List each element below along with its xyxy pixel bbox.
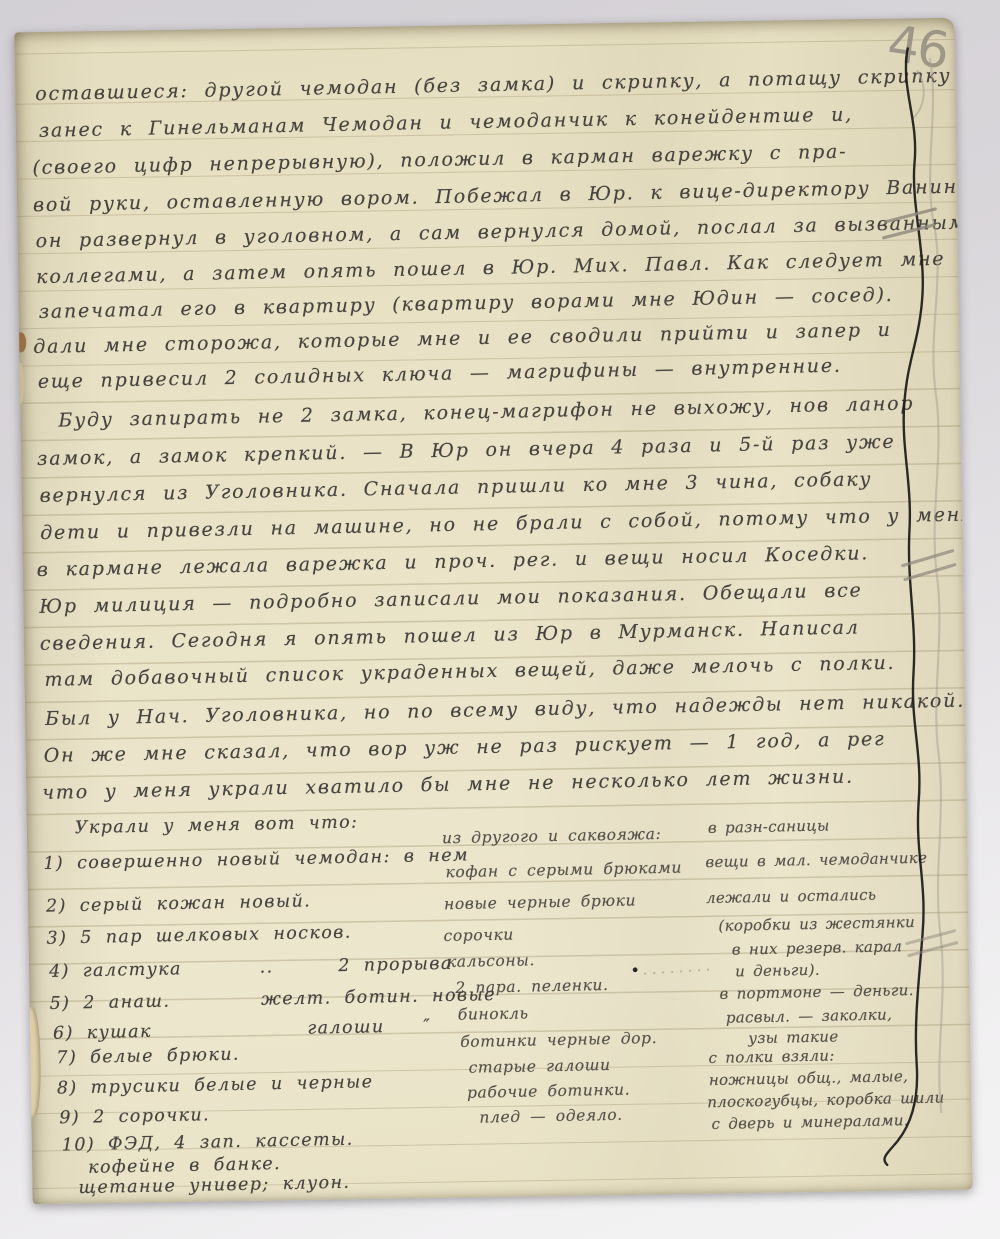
handwritten-line: 6) кушак галоши ″ bbox=[53, 1016, 432, 1044]
handwritten-line: дали мне сторожа, которые мне и ее своди… bbox=[33, 319, 892, 358]
handwritten-line: плед — одеяло. bbox=[479, 1106, 623, 1127]
handwritten-line: из другого и саквояжа: bbox=[442, 825, 662, 847]
scanned-document: 46 оставшиеся: другой чемодан (без замка… bbox=[0, 0, 1000, 1239]
handwritten-line: и деньги). bbox=[735, 961, 820, 981]
manuscript-page: 46 оставшиеся: другой чемодан (без замка… bbox=[14, 18, 972, 1205]
handwritten-line: 4) галстука .. 2 прорыва bbox=[49, 954, 453, 982]
handwritten-line: (своего цифр непрерывную), положил в кар… bbox=[32, 141, 847, 179]
handwritten-line: с полки взяли: bbox=[708, 1046, 834, 1067]
handwritten-line: дети и привезли на машине, но не брали с… bbox=[40, 503, 973, 544]
handwritten-line: кофан с серыми брюками bbox=[445, 859, 682, 882]
handwritten-line: оставшиеся: другой чемодан (без замка) и… bbox=[35, 65, 951, 105]
handwritten-line: лежали и остались bbox=[706, 886, 877, 907]
handwritten-line: Украли у меня вот что: bbox=[75, 813, 359, 839]
handwritten-line: 8) трусики белые и черные bbox=[57, 1072, 374, 1098]
handwritten-line: вернулся из Уголовника. Сначала пришли к… bbox=[39, 468, 872, 507]
handwritten-line: 1) совершенно новый чемодан: в нем bbox=[43, 845, 469, 874]
handwritten-line: в кармане лежала варежка и проч. рег. и … bbox=[37, 542, 870, 581]
handwritten-line: вой руки, оставленную вором. Побежал в Ю… bbox=[33, 175, 973, 216]
handwritten-line: 3) 5 пар шелковых носков. bbox=[46, 923, 352, 949]
handwritten-line: старые галоши bbox=[468, 1056, 610, 1077]
handwritten-line: с дверь и минералами. bbox=[711, 1111, 909, 1133]
handwritten-line: коллегами, а затем опять пошел в Юр. Мих… bbox=[36, 248, 946, 288]
handwritten-line: еще привесил 2 солидных ключа — магрифин… bbox=[38, 355, 842, 393]
handwritten-line: сведения. Сегодня я опять пошел из Юр в … bbox=[40, 616, 860, 654]
handwritten-line: 7) белые брюки. bbox=[56, 1045, 240, 1069]
handwritten-line: там добавочный список украденных вещей, … bbox=[44, 652, 895, 691]
handwritten-line: Он же мне сказал, что вор уж не раз риск… bbox=[43, 728, 885, 767]
handwritten-line: ботинки черные дор. bbox=[460, 1029, 657, 1051]
handwritten-line: бинокль bbox=[458, 1004, 529, 1023]
handwritten-line: ножницы общ., малые, bbox=[709, 1067, 909, 1089]
handwritten-line: он развернул в уголовном, а сам вернулся… bbox=[35, 211, 972, 252]
handwritten-line: 2) серый кожан новый. bbox=[46, 891, 311, 916]
handwriting-layer: оставшиеся: другой чемодан (без замка) и… bbox=[14, 18, 972, 1205]
handwritten-line: занес к Гинельманам Чемодан и чемоданчик… bbox=[39, 104, 854, 142]
handwritten-line: 2 пара. пеленки. bbox=[455, 976, 609, 997]
handwritten-line: 9) 2 сорочки. bbox=[59, 1105, 210, 1128]
handwritten-line: в разн-саницы bbox=[708, 816, 830, 836]
handwritten-line: Был у Нач. Уголовника, но по всему виду,… bbox=[45, 690, 965, 730]
handwritten-line: узы такие bbox=[748, 1027, 839, 1047]
handwritten-line: вещи в мал. чемоданчике bbox=[705, 849, 927, 871]
handwritten-line: Юр милиция — подробно записали мои показ… bbox=[39, 579, 863, 618]
handwritten-line: Буду запирать не 2 замка, конец-магрифон… bbox=[58, 392, 914, 431]
handwritten-line: щетание универ; клуон. bbox=[78, 1173, 350, 1198]
handwritten-line: 5) 2 анаш. желт. ботин. новые bbox=[49, 985, 496, 1014]
handwritten-line: замок, а замок крепкий. — В Юр он вчера … bbox=[37, 431, 896, 470]
handwritten-line: рабочие ботинки. bbox=[467, 1081, 630, 1102]
handwritten-line: сорочки bbox=[443, 926, 514, 945]
handwritten-line: плоскогубцы, коробка шили bbox=[707, 1088, 945, 1111]
handwritten-line: что у меня украли хватило бы мне не неск… bbox=[42, 766, 854, 804]
handwritten-line: запечатал его в квартиру (квартиру ворам… bbox=[39, 284, 894, 323]
handwritten-line: 10) ФЭД, 4 зап. кассеты. bbox=[62, 1130, 354, 1156]
handwritten-line: кальсоны. bbox=[447, 951, 535, 971]
handwritten-line: (коробки из жестянки bbox=[718, 913, 915, 935]
handwritten-line: новые черные брюки bbox=[444, 891, 636, 913]
handwritten-line: расвыл. — заколки, bbox=[726, 1005, 893, 1026]
handwritten-line: в портмоне — деньги. bbox=[719, 981, 914, 1003]
handwritten-line: в них резерв. карал bbox=[732, 937, 903, 958]
